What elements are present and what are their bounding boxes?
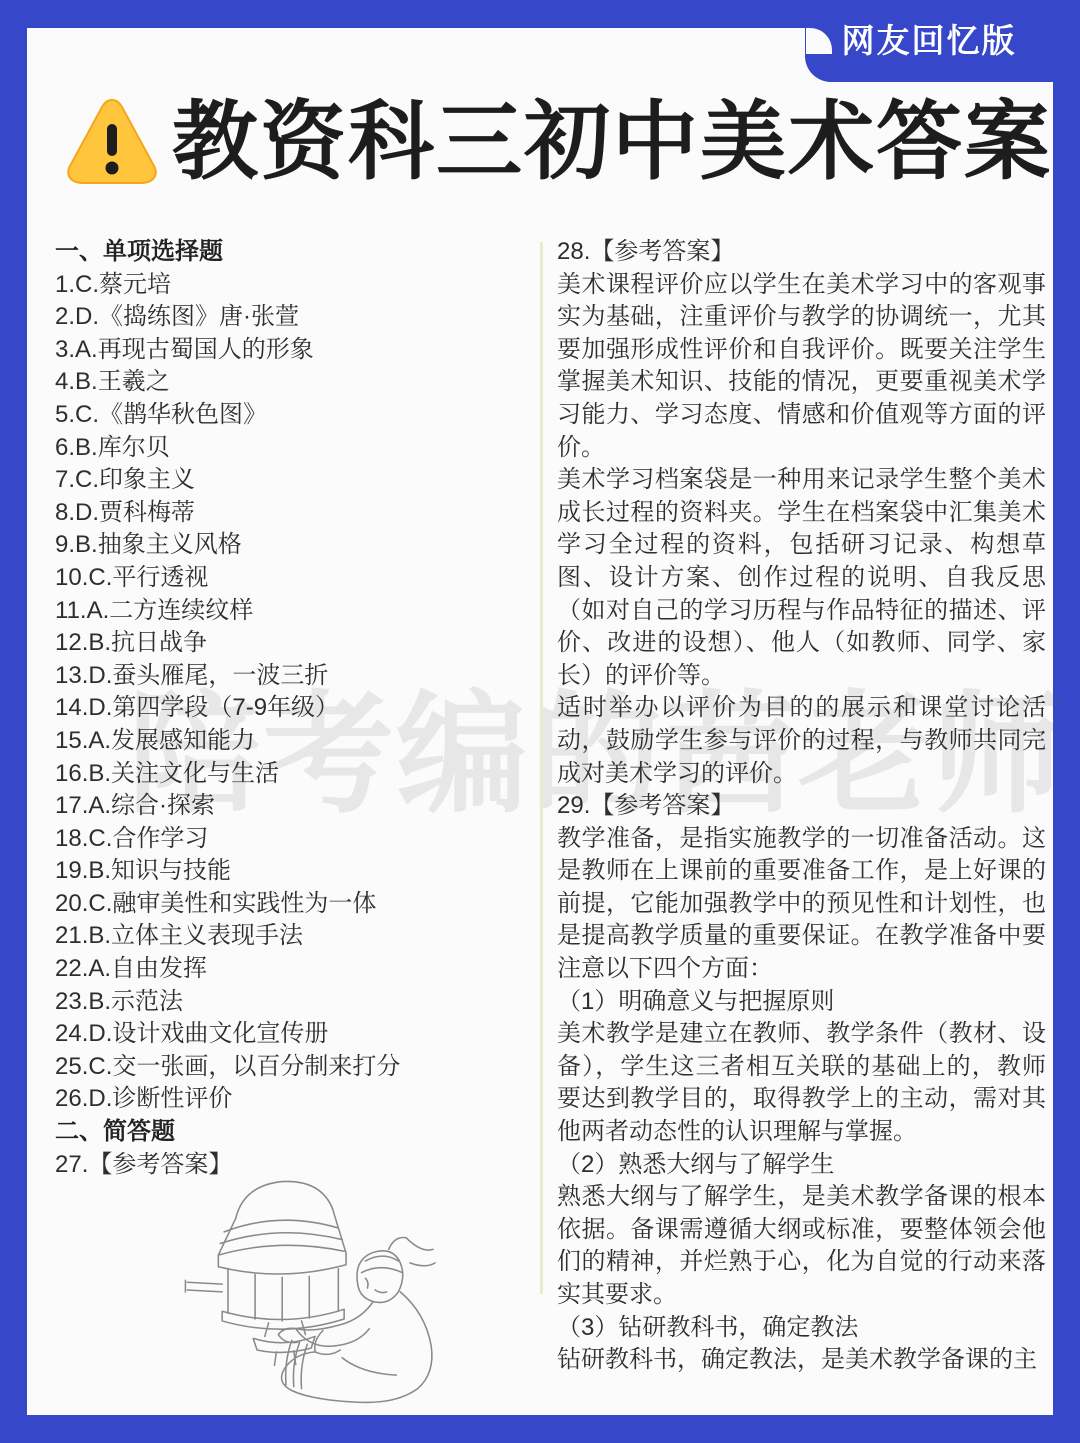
- version-badge: 网友回忆版: [805, 0, 1053, 82]
- answer-list: 1.C.蔡元培2.D.《捣练图》唐·张萱3.A.再现古蜀国人的形象4.B.王羲之…: [55, 269, 515, 1116]
- answer-paragraph: 钻研教科书，确定教法，是美术教学备课的主: [557, 1344, 1046, 1377]
- answer-item: 1.C.蔡元培: [55, 269, 515, 302]
- answer-paragraphs: 28.【参考答案】美术课程评价应以学生在美术学习中的客观事实为基础，注重评价与教…: [557, 236, 1046, 1377]
- answers-left-column: 一、单项选择题 1.C.蔡元培2.D.《捣练图》唐·张萱3.A.再现古蜀国人的形…: [55, 236, 515, 1181]
- page-title: 教资科三初中美术答案: [172, 95, 1052, 190]
- section-title-choice: 一、单项选择题: [55, 236, 515, 269]
- answer-item: 16.B.关注文化与生活: [55, 758, 515, 791]
- answer-paragraph: 熟悉大纲与了解学生，是美术教学备课的根本依据。备课需遵循大纲或标准，要整体领会他…: [557, 1181, 1046, 1311]
- answer-paragraph: 教学准备，是指实施教学的一切准备活动。这是教师在上课前的重要准备工作，是上好课的…: [557, 823, 1046, 986]
- section-title-short-answer: 二、简答题: [55, 1116, 515, 1149]
- page-header: 教资科三初中美术答案: [64, 94, 1052, 191]
- answer-item: 9.B.抽象主义风格: [55, 529, 515, 562]
- answer-item: 13.D.蚕头雁尾，一波三折: [55, 660, 515, 693]
- answer-item: 24.D.设计戏曲文化宣传册: [55, 1018, 515, 1051]
- answer-item: 5.C.《鹊华秋色图》: [55, 399, 515, 432]
- answer-paragraph: （1）明确意义与把握原则: [557, 986, 1046, 1019]
- answer-item: 10.C.平行透视: [55, 562, 515, 595]
- answer-paragraph: 美术学习档案袋是一种用来记录学生整个美术成长过程的资料夹。学生在档案袋中汇集美术…: [557, 464, 1046, 692]
- answer-item: 4.B.王羲之: [55, 366, 515, 399]
- answer-item: 6.B.库尔贝: [55, 432, 515, 465]
- answer-item: 18.C.合作学习: [55, 823, 515, 856]
- answer-item: 25.C.交一张画，以百分制来打分: [55, 1051, 515, 1084]
- answer-item: 19.B.知识与技能: [55, 855, 515, 888]
- answer-item: 14.D.第四学段（7-9年级）: [55, 692, 515, 725]
- answers-right-column: 28.【参考答案】美术课程评价应以学生在美术学习中的客观事实为基础，注重评价与教…: [557, 236, 1046, 1377]
- answer-item: 3.A.再现古蜀国人的形象: [55, 334, 515, 367]
- answer-item: 17.A.综合·探索: [55, 790, 515, 823]
- answer-item: 26.D.诊断性评价: [55, 1083, 515, 1116]
- answer-item: 22.A.自由发挥: [55, 953, 515, 986]
- version-badge-label: 网友回忆版: [842, 15, 1017, 62]
- answer-item: 11.A.二方连续纹样: [55, 595, 515, 628]
- answer-item: 7.C.印象主义: [55, 464, 515, 497]
- warning-icon: [64, 94, 160, 191]
- kneeling-figure-illustration: [168, 1168, 468, 1415]
- answer-item: 21.B.立体主义表现手法: [55, 920, 515, 953]
- column-divider-line: [540, 242, 543, 1294]
- answer-paragraph: （2）熟悉大纲与了解学生: [557, 1149, 1046, 1182]
- answer-paragraph: 适时举办以评价为目的的展示和课堂讨论活动，鼓励学生参与评价的过程，与教师共同完成…: [557, 692, 1046, 790]
- answer-paragraph: 美术课程评价应以学生在美术学习中的客观事实为基础，注重评价与教学的协调统一，尤其…: [557, 269, 1046, 465]
- answer-item: 23.B.示范法: [55, 986, 515, 1019]
- answer-paragraph: 美术教学是建立在教师、教学条件（教材、设备），学生这三者相互关联的基础上的，教师…: [557, 1018, 1046, 1148]
- answer-item: 12.B.抗日战争: [55, 627, 515, 660]
- answer-paragraph: 29.【参考答案】: [557, 790, 1046, 823]
- answer-item: 2.D.《捣练图》唐·张萱: [55, 301, 515, 334]
- answer-item: 15.A.发展感知能力: [55, 725, 515, 758]
- answer-paragraph: （3）钻研教科书，确定教法: [557, 1312, 1046, 1345]
- answer-item: 20.C.融审美性和实践性为一体: [55, 888, 515, 921]
- answer-paragraph: 28.【参考答案】: [557, 236, 1046, 269]
- answer-item: 8.D.贾科梅蒂: [55, 497, 515, 530]
